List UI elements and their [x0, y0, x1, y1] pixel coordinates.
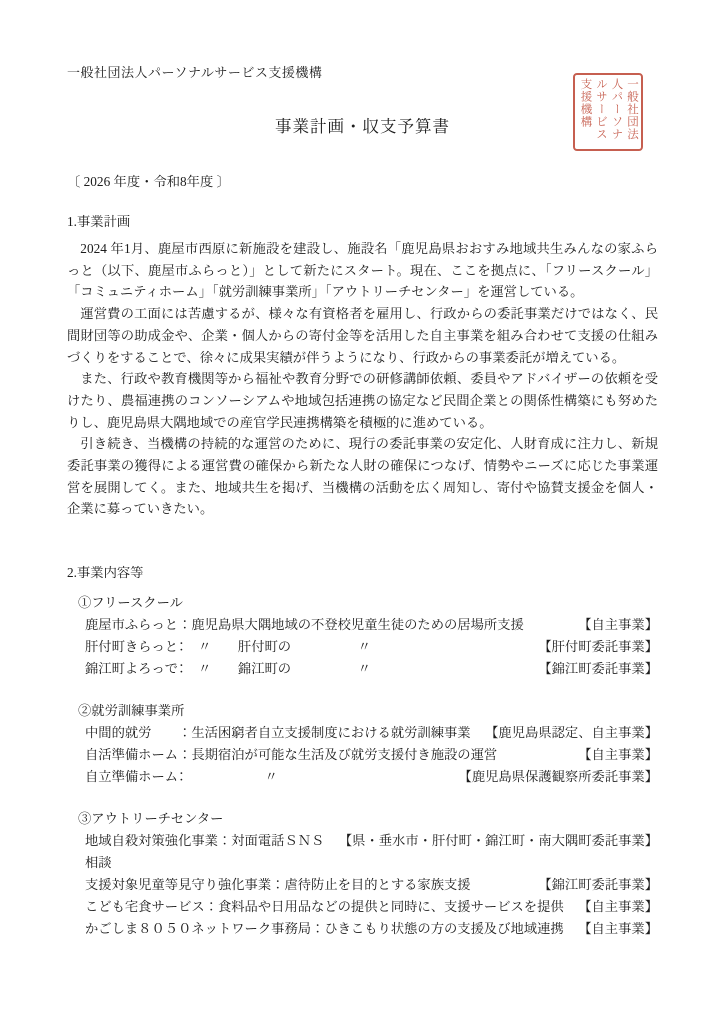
organization-name: 一般社団法人パーソナルサービス支援機構	[67, 64, 658, 82]
business-item-text: 錦江町よろっで： 〃 錦江町の 〃	[85, 658, 371, 680]
business-item-category-label: 【錦江町委託事業】	[538, 874, 658, 896]
group-work-training: ②就労訓練事業所 中間的就労 ：生活困窮者自立支援制度における就労訓練事業 【鹿…	[67, 700, 658, 788]
business-item-row: かごしま８０５０ネットワーク事務局：ひきこもり状態の方の支援及び地域連携 【自主…	[67, 918, 658, 940]
section1-paragraph: 運営費の工面には苦慮するが、様々な有資格者を雇用し、行政からの委託事業だけではな…	[67, 303, 658, 368]
business-item-text: 鹿屋市ふらっと：鹿児島県大隅地域の不登校児童生徒のための居場所支援	[85, 614, 524, 636]
business-item-category-label: 【県・垂水市・肝付町・錦江町・南大隅町委託事業】	[339, 830, 658, 852]
fiscal-year: 〔 2026 年度・令和8年度 〕	[67, 173, 658, 191]
business-item-text: 地域自殺対策強化事業：対面電話ＳＮＳ相談	[85, 830, 333, 874]
business-item-category-label: 【錦江町委託事業】	[538, 658, 658, 680]
business-item-text: 支援対象児童等見守り強化事業：虐待防止を目的とする家族支援	[85, 874, 471, 896]
section1-paragraph: また、行政や教育機関等から福祉や教育分野での研修講師依頼、委員やアドバイザーの依…	[67, 368, 658, 433]
document-title: 事業計画・収支予算書	[67, 115, 658, 139]
document-content: 一般社団法人パーソナルサービス支援機構 事業計画・収支予算書 〔 2026 年度…	[67, 0, 658, 940]
business-item-text: 自立準備ホーム： 〃	[85, 766, 278, 788]
business-item-text: こども宅食サービス：食料品や日用品などの提供と同時に、支援サービスを提供	[85, 896, 564, 918]
section2-heading: 2.事業内容等	[67, 562, 658, 584]
business-item-text: かごしま８０５０ネットワーク事務局：ひきこもり状態の方の支援及び地域連携	[85, 918, 564, 940]
business-item-text: 中間的就労 ：生活困窮者自立支援制度における就労訓練事業	[85, 722, 471, 744]
business-item-row: 支援対象児童等見守り強化事業：虐待防止を目的とする家族支援 【錦江町委託事業】	[67, 874, 658, 896]
business-item-category-label: 【自主事業】	[578, 896, 658, 918]
business-item-category-label: 【自主事業】	[578, 744, 658, 766]
group-free-school: ①フリースクール 鹿屋市ふらっと：鹿児島県大隅地域の不登校児童生徒のための居場所…	[67, 592, 658, 680]
business-item-row: 自活準備ホーム：長期宿泊が可能な生活及び就労支援付き施設の運営 【自主事業】	[67, 744, 658, 766]
business-item-row: 自立準備ホーム： 〃 【鹿児島県保護観察所委託事業】	[67, 766, 658, 788]
document-page: 一般社団法 人パーソナ ルサービス 支援機構 一般社団法人パーソナルサービス支援…	[0, 0, 724, 1024]
business-item-row: 錦江町よろっで： 〃 錦江町の 〃 【錦江町委託事業】	[67, 658, 658, 680]
business-item-row: こども宅食サービス：食料品や日用品などの提供と同時に、支援サービスを提供 【自主…	[67, 896, 658, 918]
business-item-category-label: 【自主事業】	[578, 918, 658, 940]
business-item-row: 鹿屋市ふらっと：鹿児島県大隅地域の不登校児童生徒のための居場所支援 【自主事業】	[67, 614, 658, 636]
section1-heading: 1.事業計画	[67, 213, 658, 231]
section1-body: 2024 年1月、鹿屋市西原に新施設を建設し、施設名「鹿児島県おおすみ地域共生み…	[67, 238, 658, 520]
section1-paragraph: 2024 年1月、鹿屋市西原に新施設を建設し、施設名「鹿児島県おおすみ地域共生み…	[67, 238, 658, 303]
business-item-row: 地域自殺対策強化事業：対面電話ＳＮＳ相談 【県・垂水市・肝付町・錦江町・南大隅町…	[67, 830, 658, 874]
group-title: ②就労訓練事業所	[67, 700, 658, 722]
business-item-row: 肝付町きらっと： 〃 肝付町の 〃 【肝付町委託事業】	[67, 636, 658, 658]
group-title: ①フリースクール	[67, 592, 658, 614]
business-item-text: 自活準備ホーム：長期宿泊が可能な生活及び就労支援付き施設の運営	[85, 744, 497, 766]
business-item-category-label: 【鹿児島県認定、自主事業】	[485, 722, 658, 744]
business-item-category-label: 【自主事業】	[578, 614, 658, 636]
business-item-category-label: 【鹿児島県保護観察所委託事業】	[459, 766, 658, 788]
section1-paragraph: 引き続き、当機構の持続的な運営のために、現行の委託事業の安定化、人財育成に注力し…	[67, 433, 658, 520]
group-title: ③アウトリーチセンター	[67, 808, 658, 830]
business-item-category-label: 【肝付町委託事業】	[538, 636, 658, 658]
business-item-text: 肝付町きらっと： 〃 肝付町の 〃	[85, 636, 371, 658]
group-outreach-center: ③アウトリーチセンター 地域自殺対策強化事業：対面電話ＳＮＳ相談 【県・垂水市・…	[67, 808, 658, 940]
business-item-row: 中間的就労 ：生活困窮者自立支援制度における就労訓練事業 【鹿児島県認定、自主事…	[67, 722, 658, 744]
